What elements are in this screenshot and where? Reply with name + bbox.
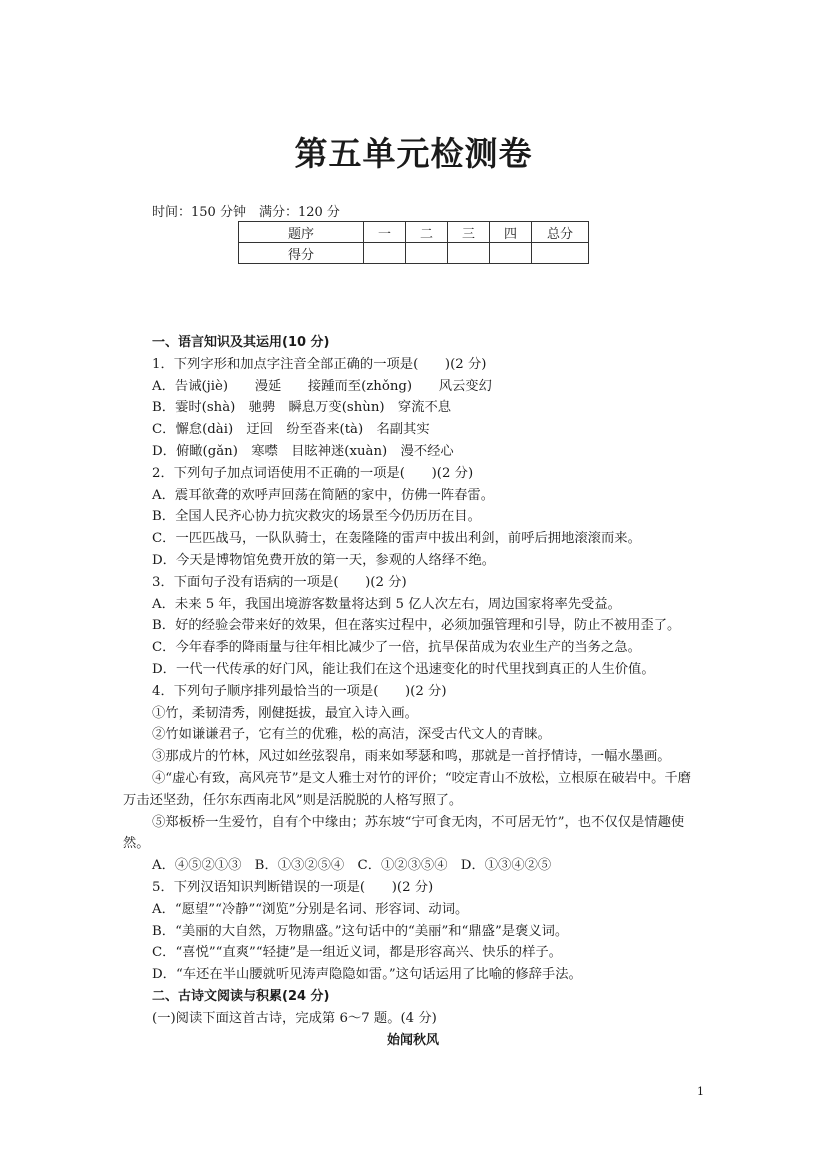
score-cell: [364, 243, 406, 264]
question-line: B．“美丽的大自然，万物鼎盛。”这句话中的“美丽”和“鼎盛”是褒义词。: [123, 921, 703, 943]
question-line: C．懈怠(dài) 迂回 纷至沓来(tà) 名副其实: [123, 419, 703, 441]
question-line: C．“喜悦”“直爽”“轻捷”是一组近义词，都是形容高兴、快乐的样子。: [123, 942, 703, 964]
score-table: 题序 一 二 三 四 总分 得分: [238, 221, 589, 264]
question-line: 1．下列字形和加点字注音全部正确的一项是( )(2 分): [123, 354, 703, 376]
score-cell: [490, 243, 532, 264]
question-line: 5．下列汉语知识判断错误的一项是( )(2 分): [123, 877, 703, 899]
question-line: D．一代一代传承的好门风，能让我们在这个迅速变化的时代里找到真正的人生价值。: [123, 659, 703, 681]
exam-meta: 时间：150 分钟 满分：120 分: [152, 201, 340, 220]
question-line: C．今年春季的降雨量与往年相比减少了一倍，抗旱保苗成为农业生产的当务之急。: [123, 637, 703, 659]
question-line: C．一匹匹战马，一队队骑士，在轰隆隆的雷声中拔出利剑，前呼后拥地滚滚而来。: [123, 528, 703, 550]
question-line: 4．下列句子顺序排列最恰当的一项是( )(2 分): [123, 681, 703, 703]
question-line: D．俯瞰(gǎn) 寒噤 目眩神迷(xuàn) 漫不经心: [123, 441, 703, 463]
section-heading: 二、古诗文阅读与积累(24 分): [123, 986, 703, 1008]
question-line: D．今天是博物馆免费开放的第一天，参观的人络绎不绝。: [123, 550, 703, 572]
exam-body: 一、语言知识及其运用(10 分)1．下列字形和加点字注音全部正确的一项是( )(…: [123, 332, 703, 1051]
question-line: (一)阅读下面这首古诗，完成第 6～7 题。(4 分): [123, 1008, 703, 1030]
question-line: B．霎时(shà) 驰骋 瞬息万变(shùn) 穿流不息: [123, 397, 703, 419]
question-line: ②竹如谦谦君子，它有兰的优雅，松的高洁，深受古代文人的青睐。: [123, 724, 703, 746]
score-header-cell: 一: [364, 222, 406, 243]
score-table-score-row: 得分: [239, 243, 589, 264]
score-header-cell: 题序: [239, 222, 364, 243]
question-paragraph: ④“虚心有致，高风亮节”是文人雅士对竹的评价；“咬定青山不放松，立根原在破岩中。…: [123, 768, 703, 812]
question-line: 3．下面句子没有语病的一项是( )(2 分): [123, 572, 703, 594]
section-heading: 一、语言知识及其运用(10 分): [123, 332, 703, 354]
score-row-label: 得分: [239, 243, 364, 264]
score-header-cell: 四: [490, 222, 532, 243]
score-table-header-row: 题序 一 二 三 四 总分: [239, 222, 589, 243]
question-line: A．“愿望”“冷静”“浏览”分别是名词、形容词、动词。: [123, 899, 703, 921]
page-title: 第五单元检测卷: [0, 128, 827, 175]
poem-title: 始闻秋风: [123, 1030, 703, 1052]
question-line: A．告诫(jiè) 漫延 接踵而至(zhǒng) 风云变幻: [123, 376, 703, 398]
score-header-cell: 总分: [532, 222, 589, 243]
question-line: A．④⑤②①③ B．①③②⑤④ C．①②③⑤④ D．①③④②⑤: [123, 855, 703, 877]
question-paragraph: B．好的经验会带来好的效果，但在落实过程中，必须加强管理和引导，防止不被用歪了。: [123, 615, 703, 637]
score-cell: [448, 243, 490, 264]
score-cell: [406, 243, 448, 264]
question-line: ③那成片的竹林，风过如丝弦裂帛，雨来如琴瑟和鸣，那就是一首抒情诗，一幅水墨画。: [123, 746, 703, 768]
score-cell: [532, 243, 589, 264]
page-number: 1: [697, 1085, 704, 1098]
question-line: 2．下列句子加点词语使用不正确的一项是( )(2 分): [123, 463, 703, 485]
question-paragraph: ⑤郑板桥一生爱竹，自有个中缘由；苏东坡“宁可食无肉，不可居无竹”，也不仅仅是情趣…: [123, 812, 703, 856]
question-line: B．全国人民齐心协力抗灾救灾的场景至今仍历历在目。: [123, 506, 703, 528]
question-line: ①竹，柔韧清秀，刚健挺拔，最宜入诗入画。: [123, 703, 703, 725]
question-line: D．“车还在半山腰就听见涛声隐隐如雷。”这句话运用了比喻的修辞手法。: [123, 964, 703, 986]
score-header-cell: 三: [448, 222, 490, 243]
question-line: A．震耳欲聋的欢呼声回荡在简陋的家中，仿佛一阵春雷。: [123, 485, 703, 507]
question-line: A．未来 5 年，我国出境游客数量将达到 5 亿人次左右，周边国家将率先受益。: [123, 594, 703, 616]
score-header-cell: 二: [406, 222, 448, 243]
